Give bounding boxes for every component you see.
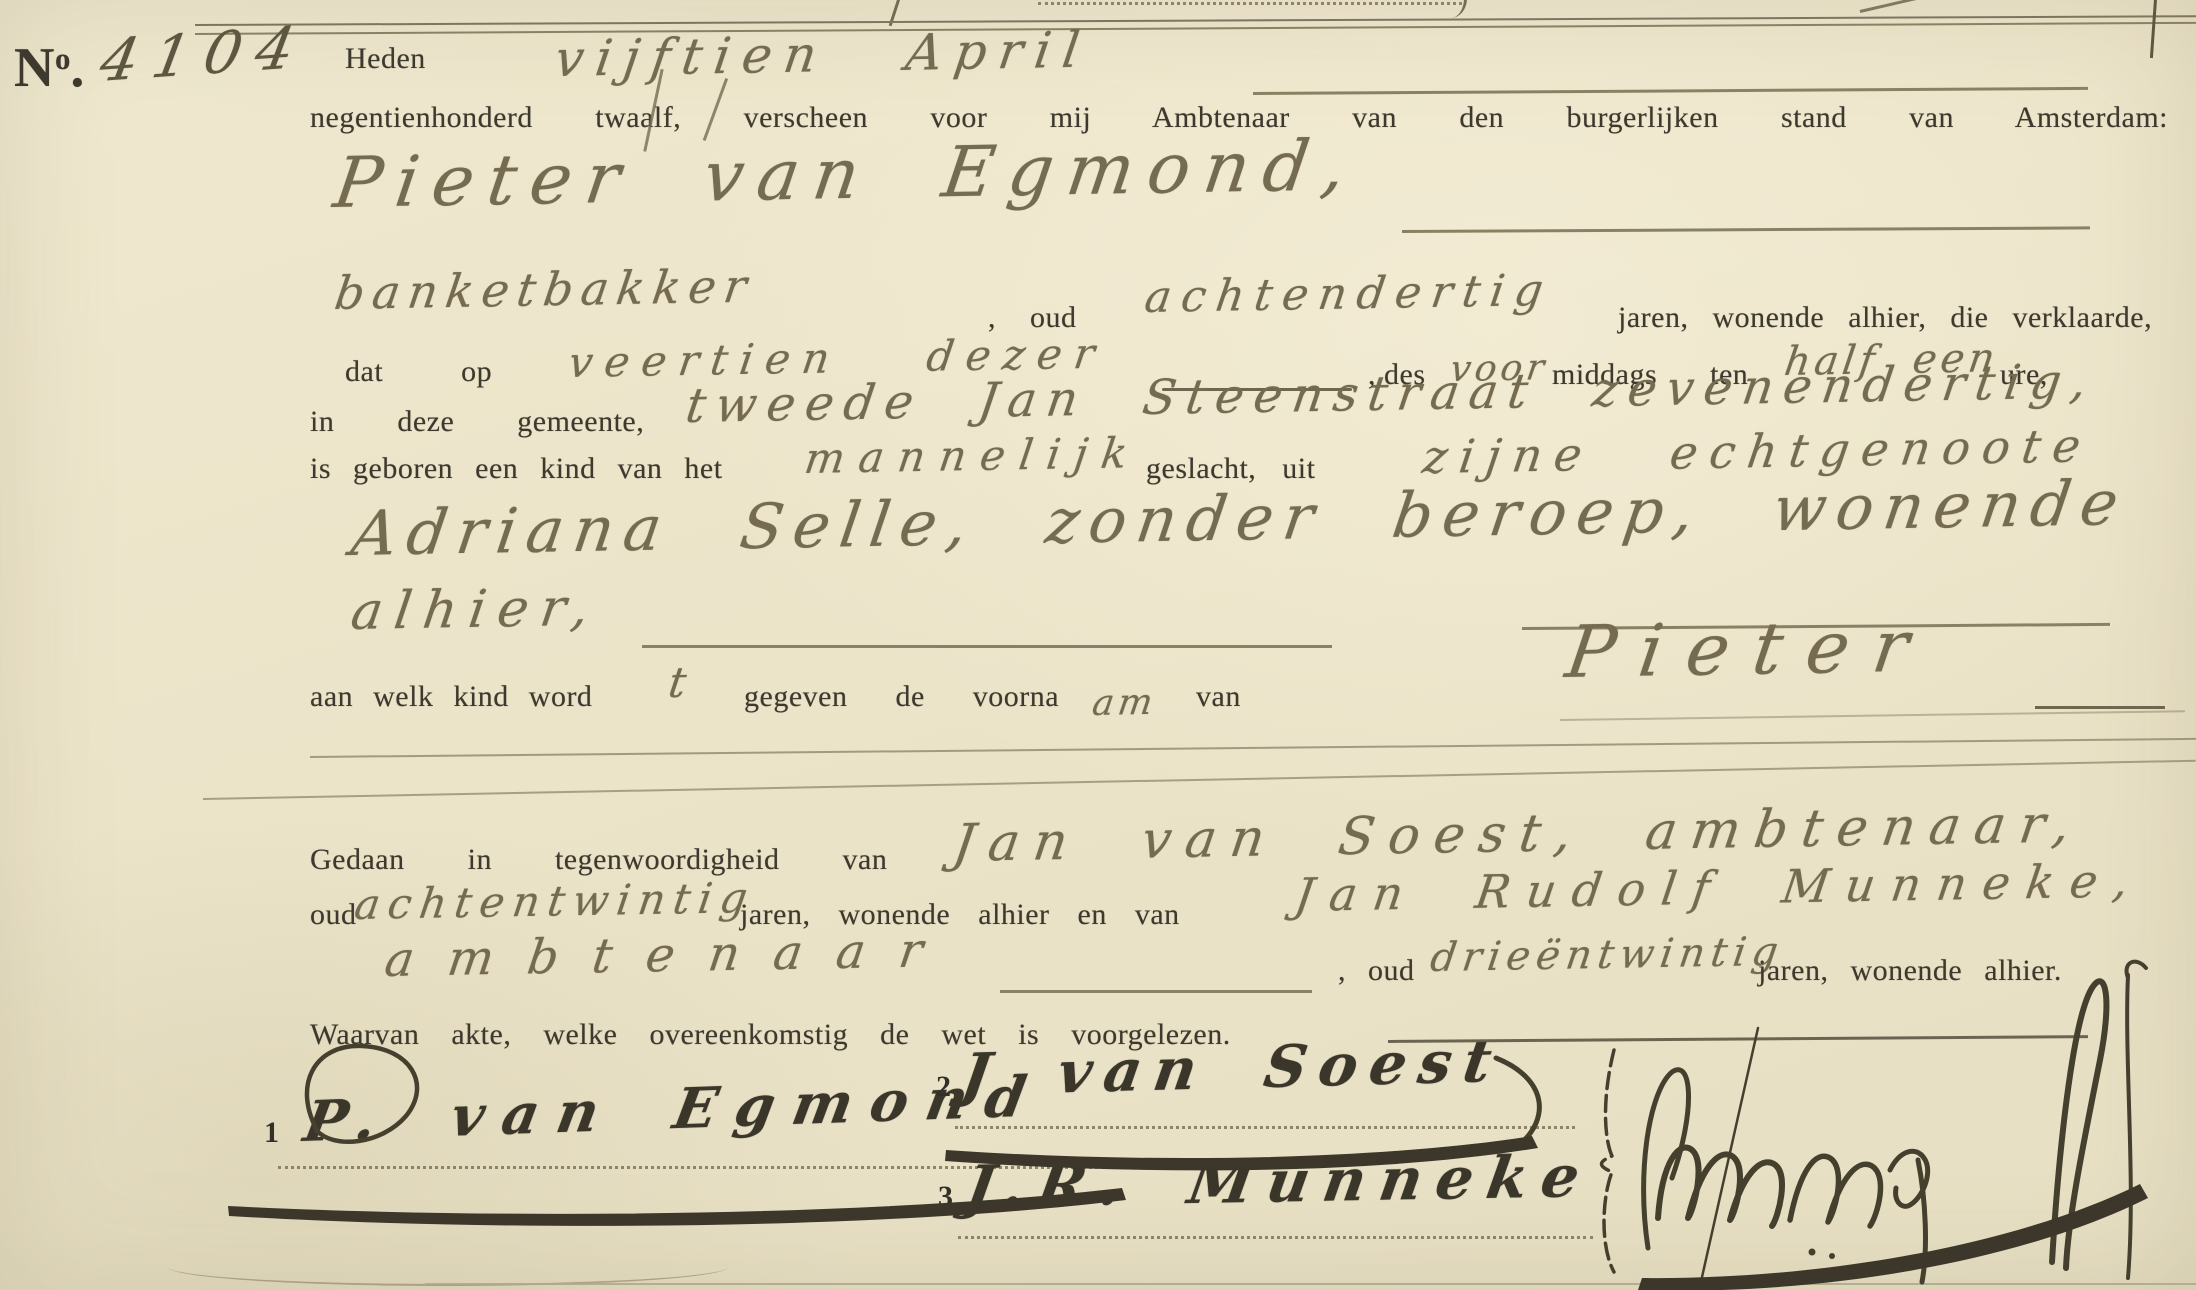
official-signature-right-stroke — [2127, 962, 2146, 1278]
official-signature-dot-1 — [1809, 1249, 1816, 1256]
child-name-dash — [2035, 706, 2165, 709]
van-label: van — [1196, 682, 1241, 712]
gemeente-label: in deze gemeente, — [310, 407, 644, 437]
signature-3-marker: 3 — [938, 1182, 953, 1212]
official-signature-sweep — [1638, 1184, 2148, 1290]
child-name-faint-rule — [1560, 710, 2185, 720]
birth-certificate-page: No. 4104 Heden vijftien April negentienh… — [0, 0, 2196, 1290]
oud-label-2: oud — [310, 900, 357, 930]
signature-2-marker: 2 — [936, 1072, 951, 1102]
hand-am: am — [1090, 685, 1159, 722]
top-right-pen-stroke — [2150, 0, 2157, 58]
official-signature-humps-2 — [1790, 1156, 1881, 1226]
witness2-rest-label: jaren, wonende alhier. — [1758, 956, 2062, 986]
previous-record-dotted-line — [1038, 2, 1462, 5]
declarant-underline — [1402, 226, 2090, 232]
witness2-name: Jan Rudolf Munneke, — [1292, 857, 2147, 918]
hand-t: t — [666, 662, 689, 704]
oud-label-3: , oud — [1338, 956, 1415, 986]
mother-name: Adriana Selle, zonder beroep, wonende — [348, 472, 2132, 565]
top-right-diagonal-stroke — [1860, 0, 2080, 13]
kind-word-label: aan welk kind word — [310, 682, 592, 712]
record-number-value: 4104 — [96, 18, 313, 90]
witness2-occupation: ambtenaar — [382, 926, 960, 984]
official-signature-p — [1890, 1151, 1928, 1282]
declarant-name: Pieter van Egmond, — [330, 130, 1364, 218]
signature-2-tail-loop — [1496, 1058, 1539, 1146]
geslacht-uit-label: geslacht, uit — [1146, 454, 1315, 484]
record-number-superscript: o — [55, 42, 70, 76]
bottom-left-faint-flourish — [168, 1248, 728, 1286]
official-signature-ascender — [1644, 1070, 1689, 1248]
handwritten-date: vijftien April — [552, 25, 1094, 84]
declarant-occupation: banketbakker — [332, 263, 757, 316]
official-signature-diagonal — [1700, 1028, 1758, 1286]
witness2-blank-line — [1000, 990, 1312, 993]
divider-rule-1 — [310, 738, 2196, 758]
child-name: Pieter — [1562, 610, 1937, 688]
signature-witness2: J.R. Munneke — [962, 1147, 1597, 1216]
signature-2-dotted-line — [955, 1126, 1575, 1129]
gedaan-label: Gedaan in tegenwoordigheid van — [310, 845, 887, 875]
mother-residence: alhier, — [348, 582, 604, 638]
divider-rule-2 — [203, 760, 2196, 800]
signature-witness1: J van Soest — [958, 1032, 1507, 1104]
witness2-age: drieëntwintig — [1428, 932, 1787, 978]
child-gender: mannelijk — [802, 432, 1144, 480]
signature-3-dotted-line — [958, 1236, 1593, 1239]
declarant-rest-label: jaren, wonende alhier, die verklaarde, — [1618, 303, 2152, 333]
declarant-age: achtendertig — [1142, 269, 1556, 320]
witness1-age: achtentwintig — [352, 877, 758, 926]
official-signature-tall-loop — [2052, 981, 2106, 1268]
dat-op-label: dat op — [345, 357, 492, 387]
official-signature-humps-1 — [1658, 1148, 1782, 1226]
heden-label: Heden — [345, 44, 426, 74]
residence-underline — [642, 645, 1332, 648]
geboren-label: is geboren een kind van het — [310, 454, 723, 484]
signature-brace — [1602, 1050, 1615, 1272]
record-number-label: No. — [14, 40, 85, 96]
bottom-edge-rule — [425, 1283, 2196, 1285]
gegeven-label: gegeven de voorna — [744, 682, 1059, 712]
official-signature-dot-2 — [1829, 1253, 1835, 1259]
signature-1-marker: 1 — [264, 1118, 279, 1148]
previous-record-curve — [1444, 0, 1467, 18]
date-underline — [1253, 87, 2088, 95]
